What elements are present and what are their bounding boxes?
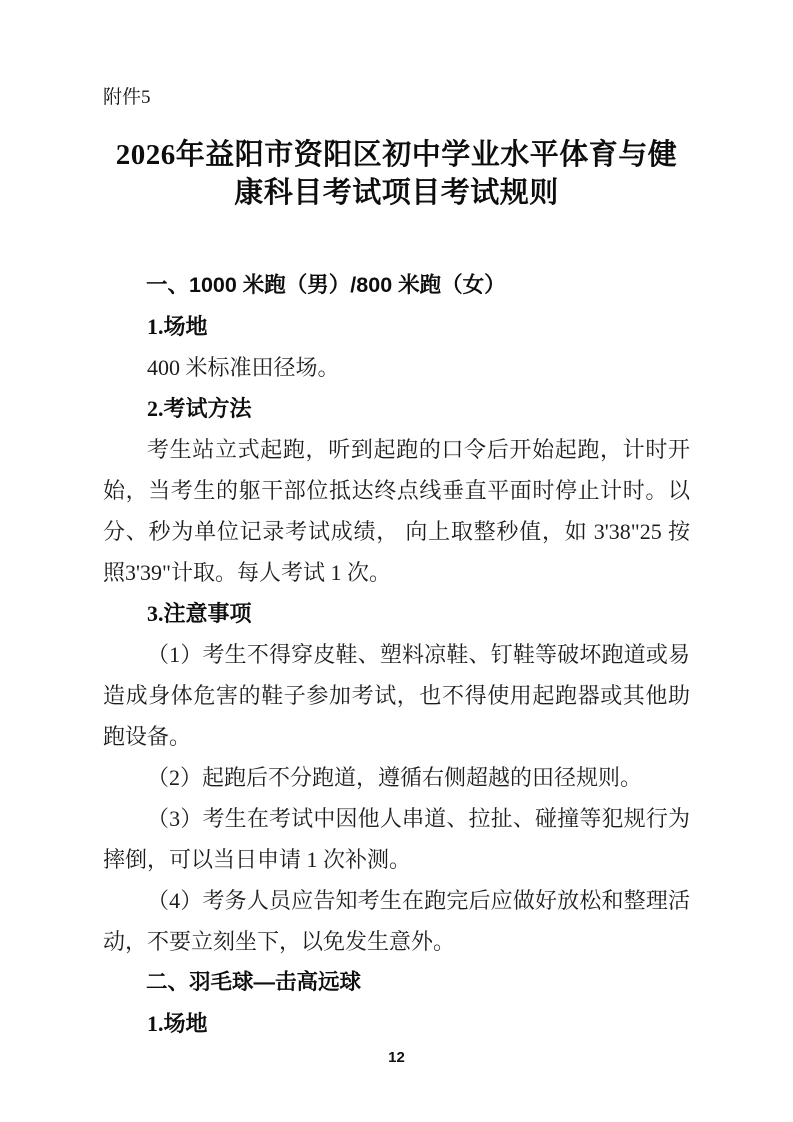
section-1-subheading-notes: 3.注意事项 — [103, 593, 690, 634]
section-1-method-paragraph: 考生站立式起跑，听到起跑的口令后开始起跑，计时开始，当考生的躯干部位抵达终点线垂… — [103, 429, 690, 593]
section-2-subheading-venue: 1.场地 — [103, 1003, 690, 1044]
section-1-note-1: （1）考生不得穿皮鞋、塑料凉鞋、钉鞋等破坏跑道或易造成身体危害的鞋子参加考试，也… — [103, 634, 690, 757]
section-1-subheading-venue: 1.场地 — [103, 306, 690, 347]
section-2-heading: 二、羽毛球—击高远球 — [103, 962, 690, 1003]
attachment-label: 附件5 — [103, 85, 690, 111]
section-1-subheading-method: 2.考试方法 — [103, 388, 690, 429]
section-1-note-2: （2）起跑后不分跑道，遵循右侧超越的田径规则。 — [103, 757, 690, 798]
document-page: 附件5 2026年益阳市资阳区初中学业水平体育与健康科目考试项目考试规则 一、1… — [0, 0, 793, 1122]
section-1-venue-paragraph: 400 米标准田径场。 — [103, 347, 690, 388]
section-1-heading: 一、1000 米跑（男）/800 米跑（女） — [103, 265, 690, 306]
section-1-note-3: （3）考生在考试中因他人串道、拉扯、碰撞等犯规行为摔倒，可以当日申请 1 次补测… — [103, 798, 690, 880]
page-number: 12 — [0, 1049, 793, 1066]
document-title: 2026年益阳市资阳区初中学业水平体育与健康科目考试项目考试规则 — [103, 136, 690, 212]
document-body: 一、1000 米跑（男）/800 米跑（女） 1.场地 400 米标准田径场。 … — [103, 265, 690, 1044]
section-1-note-4: （4）考务人员应告知考生在跑完后应做好放松和整理活动，不要立刻坐下，以免发生意外… — [103, 880, 690, 962]
